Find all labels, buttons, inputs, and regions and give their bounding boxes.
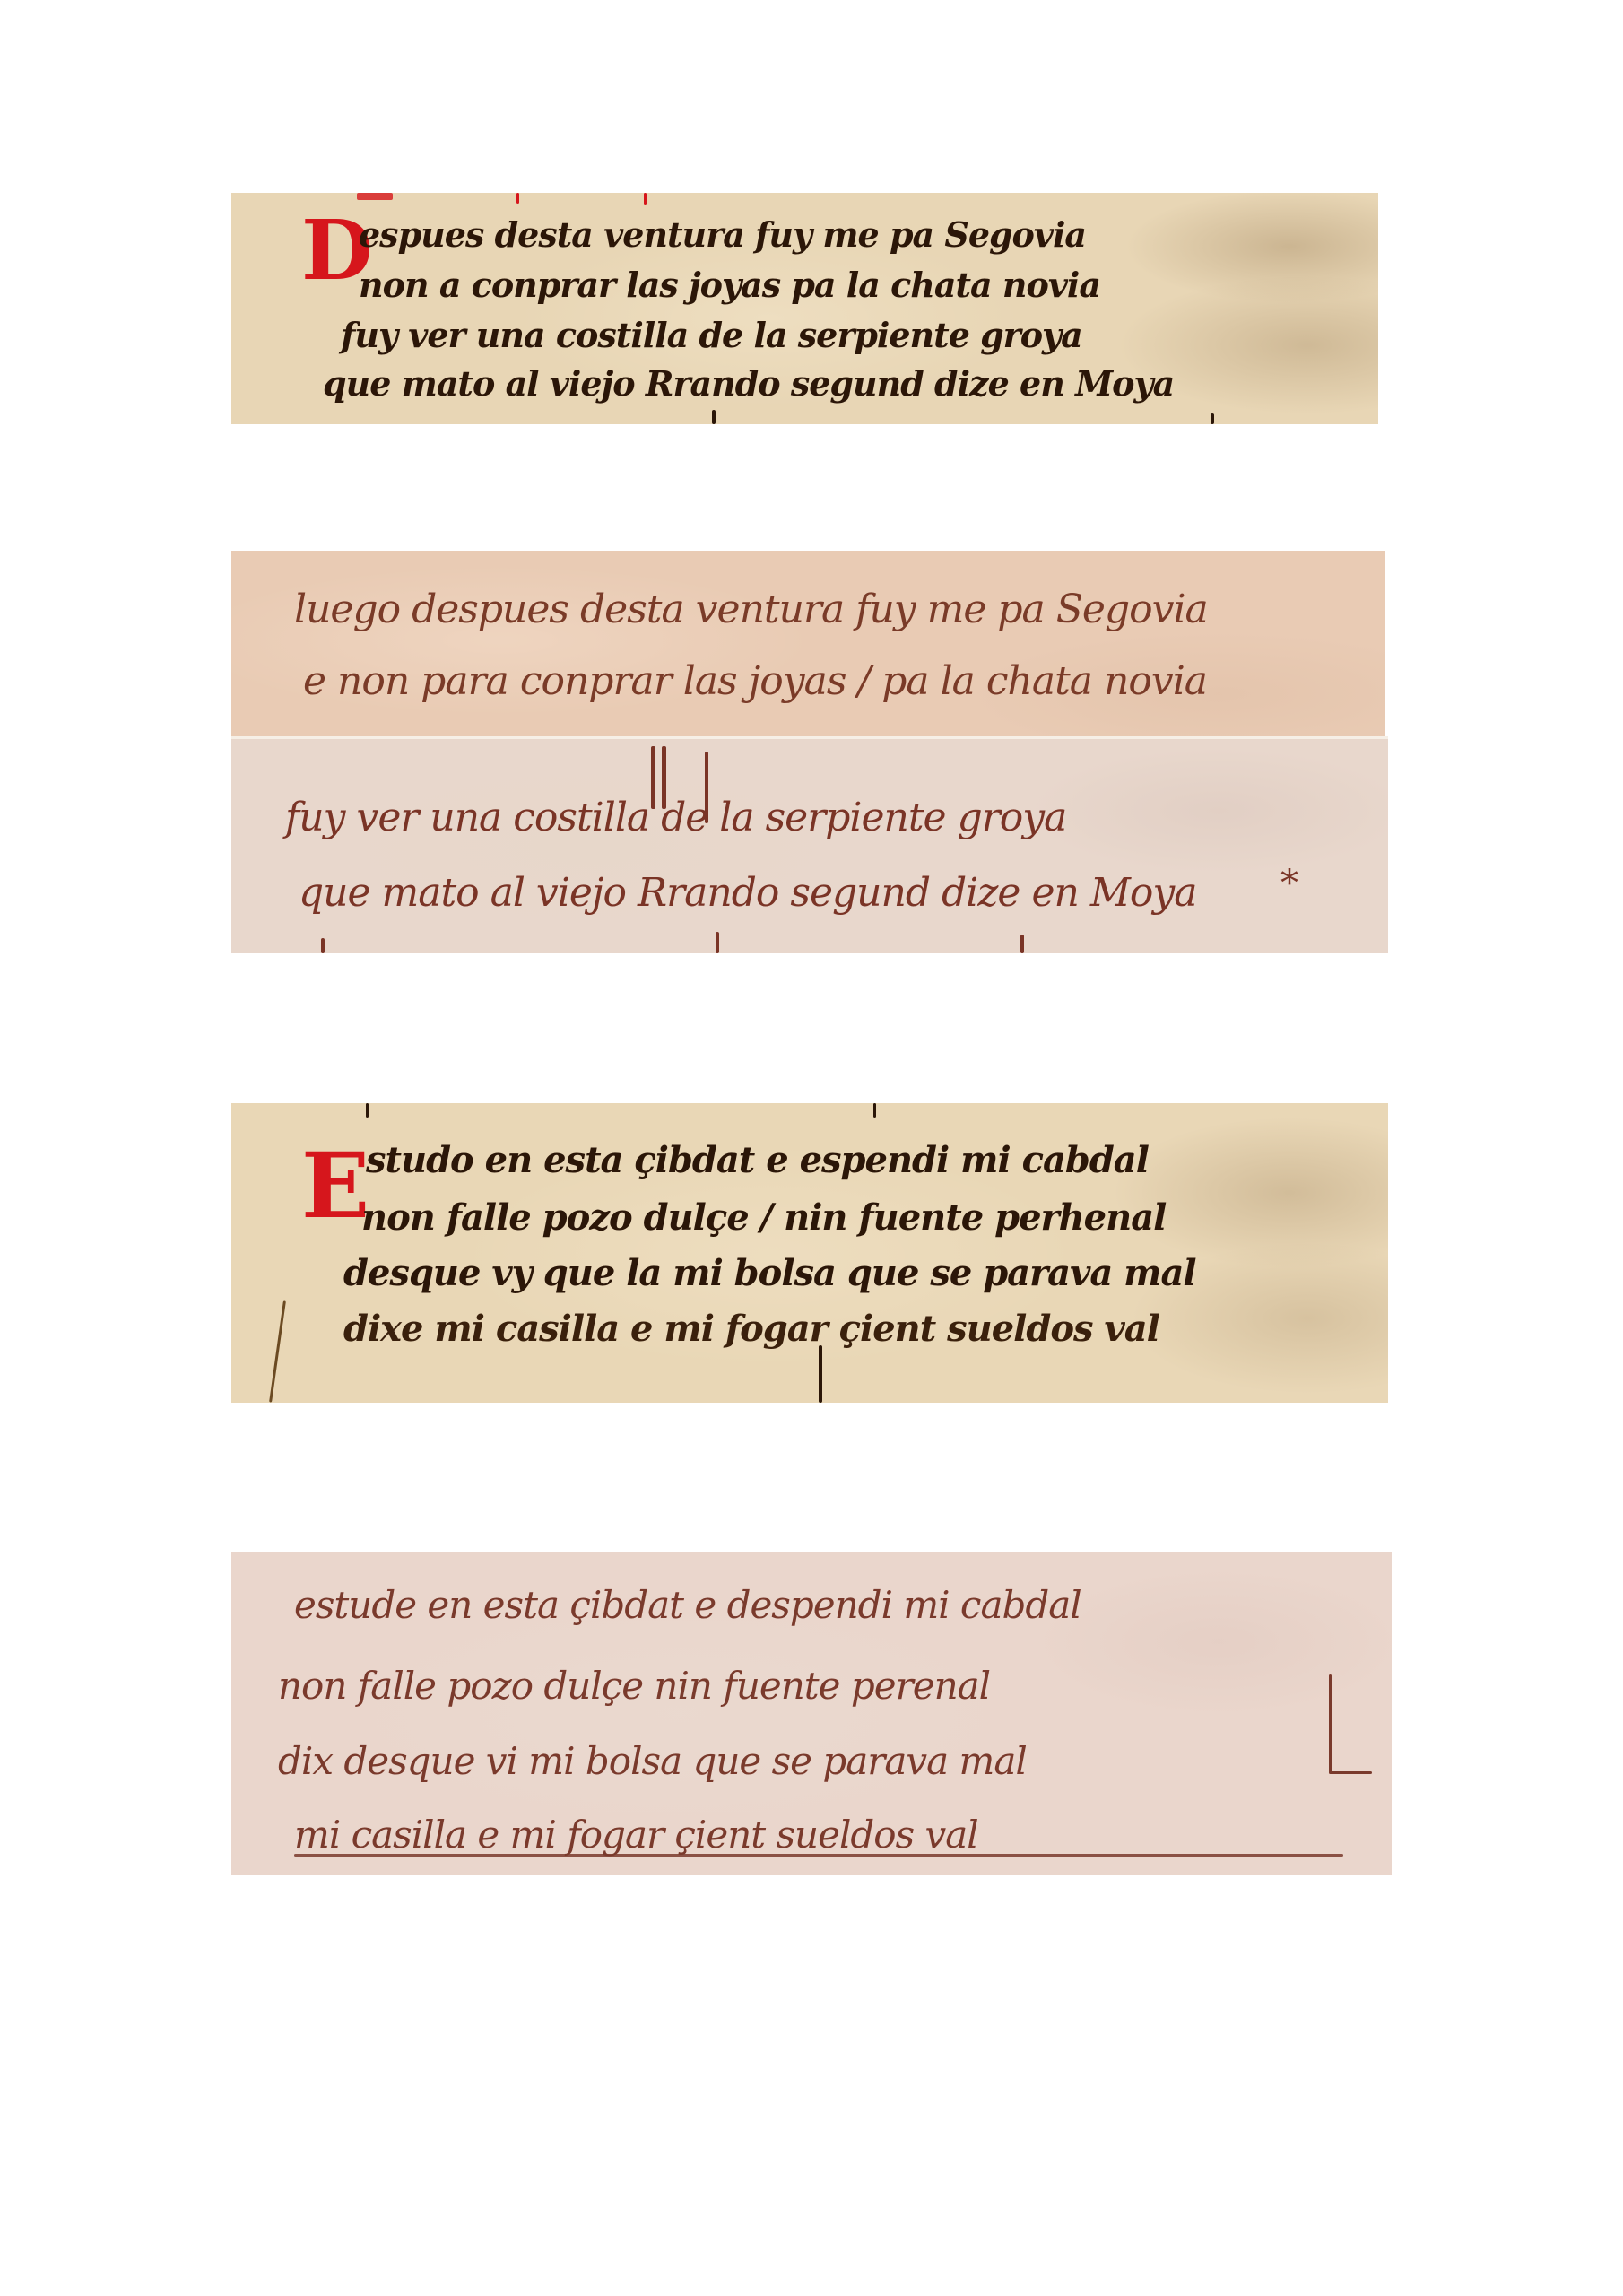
manuscript-line-2: non falle pozo dulçe nin fuente perenal [278,1664,990,1708]
manuscript-line-4: que mato al viejo Rrando segund dize en … [299,870,1196,916]
manuscript-line-4: dixe mi casilla e mi fogar çient sueldos… [343,1308,1159,1350]
descender-stroke [1211,413,1214,424]
manuscript-line-3: fuy ver una costilla de la serpiente gro… [341,315,1082,355]
descender-stroke [321,938,325,953]
bracket-mark [1329,1771,1372,1774]
descender-stroke [716,932,719,953]
manuscript-line-1: studo en esta çibdat e espendi mi cabdal [366,1139,1149,1181]
bracket-mark [1329,1674,1332,1773]
manuscript-line-2: e non para conprar las joyas / pa la cha… [303,658,1207,704]
manuscript-fragment-2b: fuy ver una costilla de la serpiente gro… [231,739,1388,953]
descender-stroke [712,410,716,424]
manuscript-fragment-1: D espues desta ventura fuy me pa Segovia… [231,193,1378,424]
manuscript-fragment-4: estude en esta çibdat e despendi mi cabd… [231,1552,1392,1875]
manuscript-line-3: fuy ver una costilla de la serpiente gro… [285,795,1066,840]
manuscript-line-1: estude en esta çibdat e despendi mi cabd… [294,1583,1081,1627]
manuscript-line-4: mi casilla e mi fogar çient sueldos val [294,1813,978,1857]
underline-stroke [294,1854,1343,1857]
manuscript-line-1: luego despues desta ventura fuy me pa Se… [294,587,1208,632]
descender-stroke [819,1345,822,1403]
manuscript-line-2: non a conprar las joyas pa la chata novi… [359,265,1100,305]
manuscript-line-4: que mato al viejo Rrando segund dize en … [323,363,1174,404]
manuscript-fragment-3: E studo en esta çibdat e espendi mi cabd… [231,1103,1388,1403]
descender-stroke [1020,935,1024,953]
manuscript-line-2: non falle pozo dulçe / nin fuente perhen… [361,1196,1166,1239]
marginal-asterisk-mark: * [1280,863,1298,904]
manuscript-fragment-2a: luego despues desta ventura fuy me pa Se… [231,551,1385,737]
manuscript-line-3: desque vy que la mi bolsa que se parava … [343,1252,1196,1294]
manuscript-line-1: espues desta ventura fuy me pa Segovia [359,214,1086,255]
manuscript-line-3: dix desque vi mi bolsa que se parava mal [278,1739,1027,1783]
